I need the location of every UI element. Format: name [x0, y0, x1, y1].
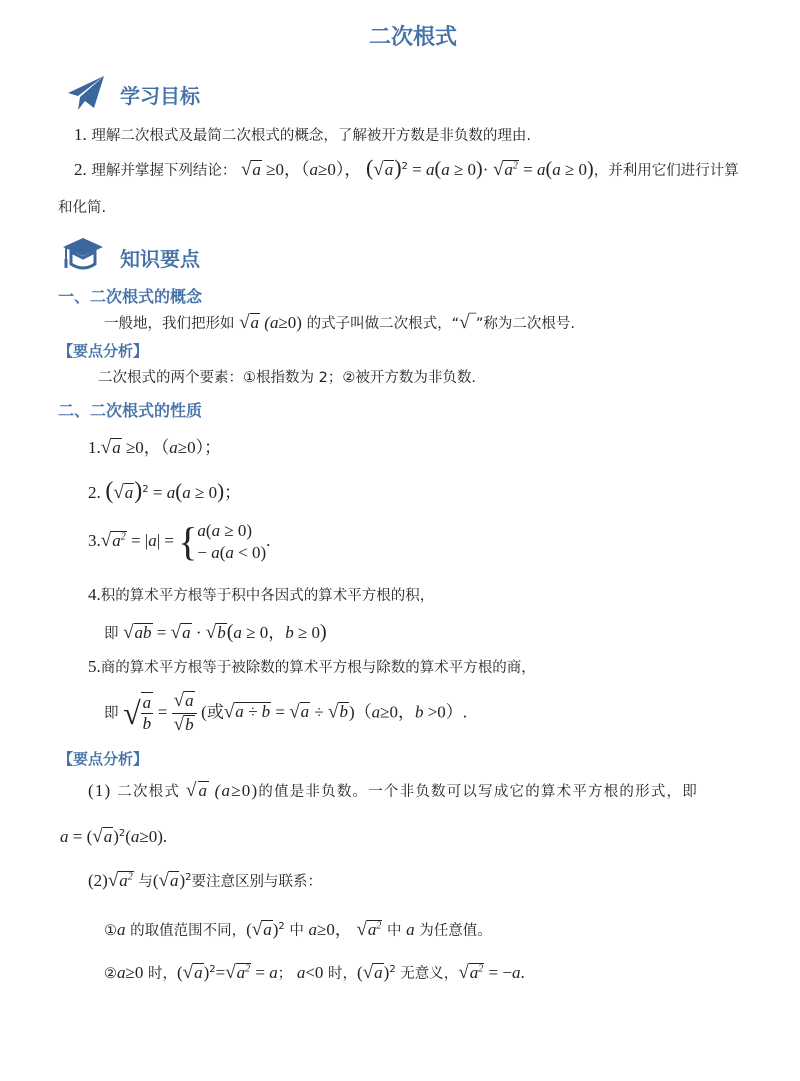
property-3: 3.√a2 = |a| = {a(a ≥ 0)− a(a < 0). [88, 520, 270, 564]
formula-3: √a2 = a(a ≥ 0) [493, 163, 594, 179]
analysis-tag-1: 【要点分析】 [58, 340, 148, 361]
analysis-text-1: 二次根式的两个要素：①根指数为 2；②被开方数为非负数. [98, 366, 476, 387]
property-5-formula: 即 √ab = √a√b (或√a ÷ b = √a ÷ √b)（a≥0，b >… [104, 690, 467, 737]
note-1-continuation: a = (√a)2(a≥0). [60, 826, 167, 848]
property-2: 2. (√a)2 = a(a ≥ 0)； [88, 478, 241, 505]
property-4-formula: 即 √ab = √a · √b(a ≥ 0，b ≥ 0) [104, 618, 327, 644]
objective-item-2: 2. 理解并掌握下列结论： √a ≥0，（a≥0）， (√a)2 = a(a ≥… [74, 155, 739, 181]
note-2-sub-2: ②a≥0 时，(√a)2=√a2 = a； a<0 时，(√a)2 无意义，√a… [104, 962, 525, 984]
note-1: (1) 二次根式 √a (a≥0)的值是非负数。一个非负数可以写成它的算术平方根… [88, 780, 698, 802]
concept-definition: 一般地，我们把形如 √a (a≥0) 的式子叫做二次根式，“√‾”称为二次根号. [104, 312, 575, 334]
note-2: (2)√a2 与(√a)2要注意区别与联系： [88, 870, 322, 892]
paper-plane-icon [66, 75, 106, 111]
section-heading-objectives: 学习目标 [120, 80, 200, 109]
note-2-sub-1: ①a 的取值范围不同，(√a)2 中 a≥0， √a2 中 a 为任意值。 [104, 915, 492, 941]
formula-2: (√a)2 = a(a ≥ 0)· [366, 163, 488, 179]
analysis-tag-2: 【要点分析】 [58, 748, 148, 769]
property-5-text: 5.商的算术平方根等于被除数的算术平方根与除数的算术平方根的商， [88, 656, 536, 677]
graduation-cap-icon [62, 236, 104, 272]
property-1: 1.√a ≥0，（a≥0）； [88, 433, 221, 459]
subsection-heading-properties: 二、二次根式的性质 [58, 398, 202, 421]
formula-1: √a ≥0，（a≥0）， [241, 163, 361, 179]
subsection-heading-concept: 一、二次根式的概念 [58, 284, 202, 307]
section-heading-knowledge: 知识要点 [120, 243, 200, 272]
page-title: 二次根式 [0, 20, 800, 51]
property-4-text: 4.积的算术平方根等于积中各因式的算术平方根的积， [88, 584, 434, 605]
objective-item-2-continuation: 和化简. [58, 196, 106, 217]
objective-item-1: 1. 理解二次根式及最简二次根式的概念，了解被开方数是非负数的理由. [74, 124, 531, 145]
